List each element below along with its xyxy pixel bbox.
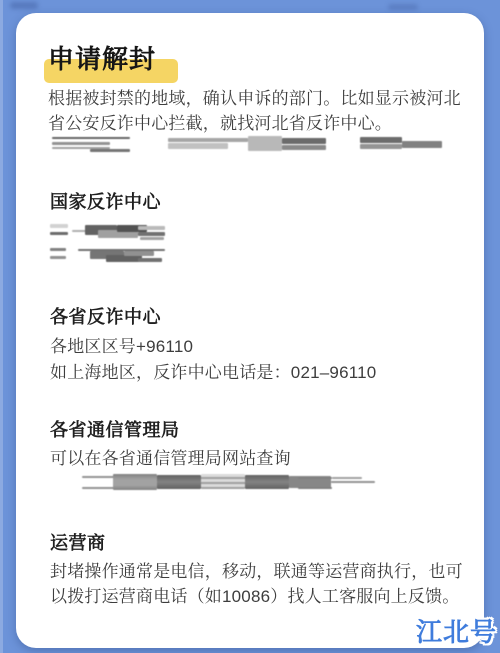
section-heading-national-center: 国家反诈中心: [50, 188, 161, 214]
title-block: 申请解封: [48, 44, 156, 74]
section-heading-operators: 运营商: [50, 529, 106, 555]
status-bar-smudge-right: [388, 4, 418, 10]
left-edge-highlight: [0, 0, 3, 653]
redacted-text-block: [52, 136, 442, 154]
status-bar-smudge-left: [10, 2, 38, 9]
redacted-text-block: [50, 224, 168, 264]
section-body-line: 各地区区号+96110: [50, 334, 468, 359]
section-heading-provincial-center: 各省反诈中心: [50, 303, 161, 329]
section-body-line: 封堵操作通常是电信，移动，联通等运营商执行，也可以拨打运营商电话（如10086）…: [50, 559, 468, 609]
page-title: 申请解封: [48, 44, 156, 74]
watermark-jiangbei: 江北号: [416, 612, 497, 649]
section-heading-communications-bureau: 各省通信管理局: [50, 416, 180, 442]
redacted-text-block: [82, 474, 364, 492]
section-body-line: 如上海地区，反诈中心电话是：021–96110: [50, 360, 468, 385]
intro-paragraph: 根据被封禁的地域，确认申诉的部门。比如显示被河北省公安反诈中心拦截，就找河北省反…: [48, 86, 466, 136]
section-body-line: 可以在各省通信管理局网站查询: [50, 446, 468, 471]
